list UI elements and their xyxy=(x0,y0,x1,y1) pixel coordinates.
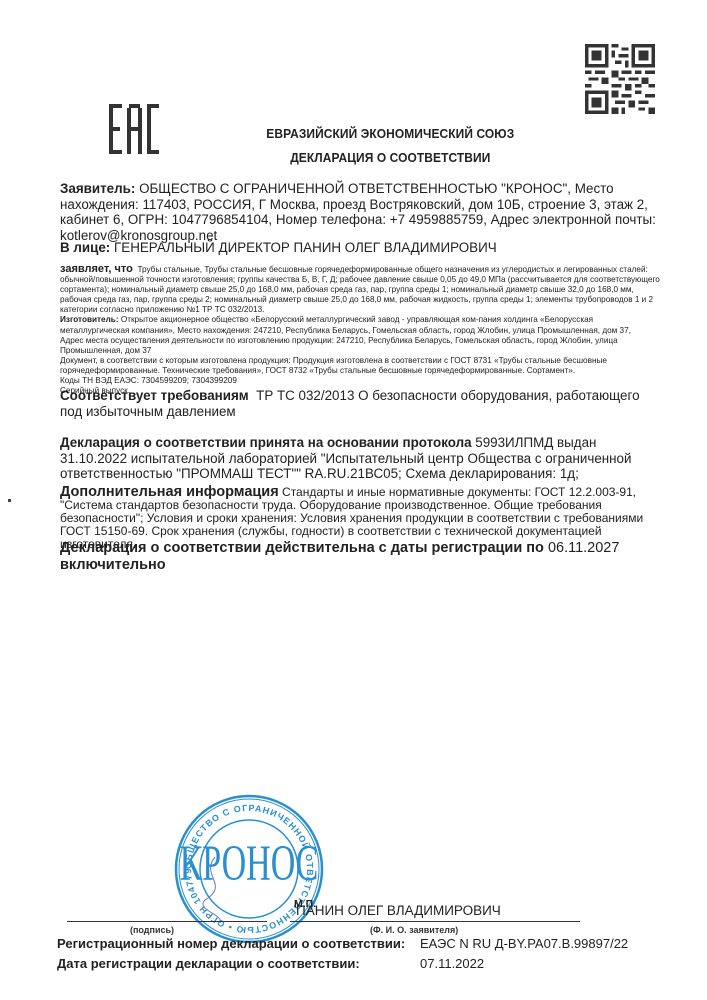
margin-mark xyxy=(8,499,11,502)
name-caption: (Ф. И. О. заявителя) xyxy=(370,925,458,935)
qr-code xyxy=(585,44,655,114)
applicant-label: Заявитель: xyxy=(60,181,135,196)
union-title: ЕВРАЗИЙСКИЙ ЭКОНОМИЧЕСКИЙ СОЮЗ xyxy=(28,126,678,141)
validity-suffix: включительно xyxy=(60,557,166,573)
validity-date: 06.11.2027 xyxy=(548,540,620,556)
production-address: Адрес места осуществления деятельности п… xyxy=(60,336,660,356)
registration-date-label: Дата регистрации декларации о соответств… xyxy=(57,956,360,971)
declares-label: заявляет, что xyxy=(60,263,133,275)
manufacturer-text: Открытое акционерное общество «Белорусск… xyxy=(60,315,631,334)
signature-line xyxy=(67,921,267,922)
basis-section: Декларация о соответствии принята на осн… xyxy=(60,435,660,482)
registration-date: 07.11.2022 xyxy=(420,956,484,971)
production-document: Документ, в соответствии с которым изгот… xyxy=(60,356,660,376)
signature-scribble xyxy=(195,855,235,925)
signer-name: ПАНИН ОЛЕГ ВЛАДИМИРОВИЧ xyxy=(296,903,501,918)
product-description: Трубы стальные, Трубы стальные бесшовные… xyxy=(60,265,660,314)
registration-number: ЕАЭС N RU Д-BY.PA07.B.99897/22 xyxy=(420,936,628,951)
representative-section: В лице: ГЕНЕРАЛЬНЫЙ ДИРЕКТОР ПАНИН ОЛЕГ … xyxy=(60,240,660,256)
representative-label: В лице: xyxy=(60,240,110,255)
applicant-text: ОБЩЕСТВО С ОГРАНИЧЕННОЙ ОТВЕТСТВЕННОСТЬЮ… xyxy=(60,181,656,243)
compliance-section: Соответствует требованиям ТР ТС 032/2013… xyxy=(60,388,660,419)
document-title: ДЕКЛАРАЦИЯ О СООТВЕТСТВИИ xyxy=(28,150,678,165)
manufacturer-label: Изготовитель: xyxy=(60,315,119,324)
validity-label: Декларация о соответствии действительна … xyxy=(60,540,544,556)
representative-text: ГЕНЕРАЛЬНЫЙ ДИРЕКТОР ПАНИН ОЛЕГ ВЛАДИМИР… xyxy=(114,240,497,255)
name-line xyxy=(290,921,580,922)
validity-section: Декларация о соответствии действительна … xyxy=(60,540,660,574)
applicant-section: Заявитель: ОБЩЕСТВО С ОГРАНИЧЕННОЙ ОТВЕТ… xyxy=(60,181,660,243)
declares-section: заявляет, что Трубы стальные, Трубы стал… xyxy=(60,264,660,396)
registration-number-label: Регистрационный номер декларации о соотв… xyxy=(57,936,405,951)
compliance-label: Соответствует требованиям xyxy=(60,388,249,403)
basis-label: Декларация о соответствии принята на осн… xyxy=(60,435,472,450)
customs-codes: Коды ТН ВЭД ЕАЭС: 7304599209; 7304399209 xyxy=(60,376,660,386)
signature-caption: (подпись) xyxy=(130,925,174,935)
